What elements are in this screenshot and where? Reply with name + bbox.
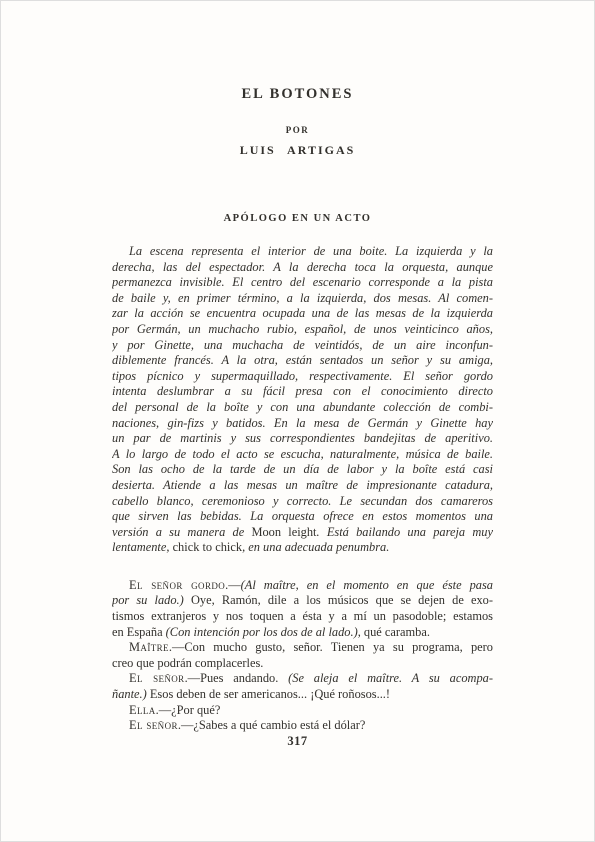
text-segment: Esos deben de ser americanos... ¡Qué roñ… bbox=[150, 687, 390, 701]
text-line: El señor.—¿Sabes a qué cambio está el dó… bbox=[112, 718, 493, 734]
text-segment: creo que podrán complacerles. bbox=[112, 656, 263, 670]
text-segment: diblemente francés. A la otra, están sen… bbox=[112, 353, 493, 367]
text-segment: A lo largo de todo el acto se escucha, n… bbox=[112, 447, 493, 461]
byline: POR bbox=[1, 125, 594, 135]
text-segment: por Germán, un muchacho rubio, español, … bbox=[112, 322, 493, 336]
page-title: EL BOTONES bbox=[1, 86, 594, 103]
dialogue-paragraph: El señor gordo.—(Al maître, en el moment… bbox=[112, 578, 493, 640]
text-line: intenta deslumbrar a su fácil presa con … bbox=[112, 384, 493, 400]
text-segment: tismos extranjeros y nos toquen a ésta y… bbox=[112, 609, 493, 623]
text-line: del personal de la boîte y con una abund… bbox=[112, 400, 493, 416]
text-line: un par de martinis y sus correspondiente… bbox=[112, 431, 493, 447]
text-line: Ella.—¿Por qué? bbox=[112, 703, 493, 719]
text-segment: por su lado.) bbox=[112, 593, 191, 607]
text-line: por Germán, un muchacho rubio, español, … bbox=[112, 322, 493, 338]
text-segment: zar la acción se encuentra ocupada una d… bbox=[112, 306, 493, 320]
text-segment: desierta. Atiende a las mesas un maître … bbox=[112, 478, 493, 492]
text-line: A lo largo de todo el acto se escucha, n… bbox=[112, 447, 493, 463]
text-line: desierta. Atiende a las mesas un maître … bbox=[112, 478, 493, 494]
text-segment: .—Pues andando. bbox=[185, 671, 289, 685]
text-line: en España (Con intención por los dos de … bbox=[112, 625, 493, 641]
text-segment: , en una adecuada penumbra. bbox=[242, 540, 389, 554]
text-segment: naciones, gin-fizs y batidos. En la mesa… bbox=[112, 416, 493, 430]
text-line: naciones, gin-fizs y batidos. En la mesa… bbox=[112, 416, 493, 432]
text-segment: . Está bailando una pareja muy bbox=[317, 525, 494, 539]
text-segment: ñante.) bbox=[112, 687, 150, 701]
text-segment: un par de martinis y sus correspondiente… bbox=[112, 431, 493, 445]
stage-direction-paragraph: La escena representa el interior de una … bbox=[112, 244, 493, 556]
text-line: El señor.—Pues andando. (Se aleja el maî… bbox=[112, 671, 493, 687]
text-segment: cabello blanco, ceremonioso y correcto. … bbox=[112, 494, 493, 508]
text-line: zar la acción se encuentra ocupada una d… bbox=[112, 306, 493, 322]
text-segment: .—¿Sabes a qué cambio está el dólar? bbox=[178, 718, 366, 732]
text-line: que sirven las bebidas. La orquesta ofre… bbox=[112, 509, 493, 525]
text-segment: La escena representa el interior de una … bbox=[129, 244, 493, 258]
speaker-name: Maître bbox=[129, 640, 169, 654]
text-line: diblemente francés. A la otra, están sen… bbox=[112, 353, 493, 369]
text-segment: del personal de la boîte y con una abund… bbox=[112, 400, 493, 414]
text-line: permanezca invisible. El centro del esce… bbox=[112, 275, 493, 291]
text-line: por su lado.) Oye, Ramón, dile a los mús… bbox=[112, 593, 493, 609]
text-segment: versión a su manera de bbox=[112, 525, 251, 539]
text-line: lentamente, chick to chick, en una adecu… bbox=[112, 540, 493, 556]
text-body: La escena representa el interior de una … bbox=[112, 244, 493, 734]
dialogue-paragraph: El señor.—Pues andando. (Se aleja el maî… bbox=[112, 671, 493, 702]
text-segment: intenta deslumbrar a su fácil presa con … bbox=[112, 384, 493, 398]
text-segment: que sirven las bebidas. La orquesta ofre… bbox=[112, 509, 493, 523]
speaker-name: El señor gordo bbox=[129, 578, 225, 592]
speaker-name: El señor bbox=[129, 671, 185, 685]
text-line: versión a su manera de Moon leight. Está… bbox=[112, 525, 493, 541]
text-segment: lentamente, bbox=[112, 540, 173, 554]
text-line: y por Ginette, una muchacha de veintidós… bbox=[112, 338, 493, 354]
dialogue-paragraph: El señor.—¿Sabes a qué cambio está el dó… bbox=[112, 718, 493, 734]
text-line: cabello blanco, ceremonioso y correcto. … bbox=[112, 494, 493, 510]
text-line: tismos extranjeros y nos toquen a ésta y… bbox=[112, 609, 493, 625]
text-line: creo que podrán complacerles. bbox=[112, 656, 493, 672]
text-line: derecha, las del espectador. A la derech… bbox=[112, 260, 493, 276]
text-line: ñante.) Esos deben de ser americanos... … bbox=[112, 687, 493, 703]
book-page: EL BOTONES POR LUIS ARTIGAS APÓLOGO EN U… bbox=[0, 0, 595, 842]
text-line: La escena representa el interior de una … bbox=[112, 244, 493, 260]
act-label: APÓLOGO EN UN ACTO bbox=[1, 213, 594, 224]
text-segment: (Se aleja el maître. A su acompa- bbox=[288, 671, 493, 685]
page-number: 317 bbox=[1, 734, 594, 749]
text-segment: Moon leight bbox=[251, 525, 316, 539]
text-segment: y por Ginette, una muchacha de veintidós… bbox=[112, 338, 493, 352]
text-line: Son las ocho de la tarde de un día de la… bbox=[112, 462, 493, 478]
text-line: El señor gordo.—(Al maître, en el moment… bbox=[112, 578, 493, 594]
speaker-name: El señor bbox=[129, 718, 178, 732]
text-line: tipos pícnico y supermaquillado, respect… bbox=[112, 369, 493, 385]
dialogue-paragraph: Ella.—¿Por qué? bbox=[112, 703, 493, 719]
text-segment: permanezca invisible. El centro del esce… bbox=[112, 275, 493, 289]
author-name: LUIS ARTIGAS bbox=[1, 143, 594, 158]
text-segment: .—¿Por qué? bbox=[156, 703, 221, 717]
text-segment: Son las ocho de la tarde de un día de la… bbox=[112, 462, 493, 476]
text-segment: (Con intención por los dos de al lado.) bbox=[166, 625, 358, 639]
text-segment: .—Con mucho gusto, señor. Tienen ya su p… bbox=[169, 640, 493, 654]
text-segment: de baile y, en primer término, a la izqu… bbox=[112, 291, 493, 305]
text-segment: .— bbox=[225, 578, 241, 592]
text-segment: chick to chick bbox=[173, 540, 243, 554]
text-line: de baile y, en primer término, a la izqu… bbox=[112, 291, 493, 307]
text-segment: (Al maître, en el momento en que éste pa… bbox=[241, 578, 493, 592]
speaker-name: Ella bbox=[129, 703, 156, 717]
text-segment: en España bbox=[112, 625, 166, 639]
text-segment: , qué caramba. bbox=[358, 625, 430, 639]
dialogue-paragraph: Maître.—Con mucho gusto, señor. Tienen y… bbox=[112, 640, 493, 671]
text-segment: derecha, las del espectador. A la derech… bbox=[112, 260, 493, 274]
text-segment: Oye, Ramón, dile a los músicos que se de… bbox=[191, 593, 493, 607]
text-line: Maître.—Con mucho gusto, señor. Tienen y… bbox=[112, 640, 493, 656]
text-segment: tipos pícnico y supermaquillado, respect… bbox=[112, 369, 493, 383]
